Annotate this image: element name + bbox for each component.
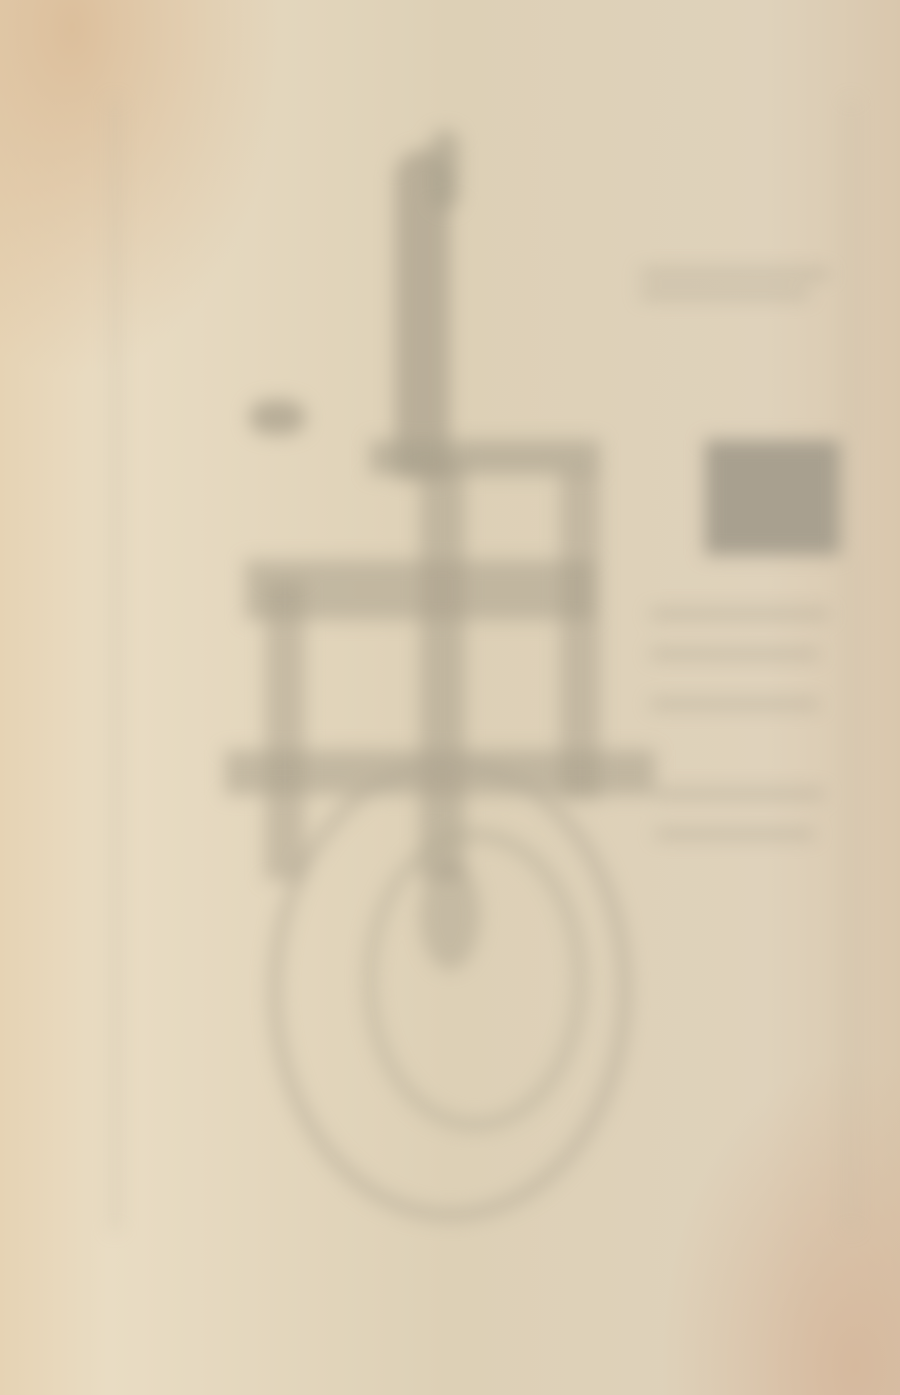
side-block — [705, 440, 840, 555]
caption-line — [655, 830, 815, 838]
caption-line — [640, 270, 830, 278]
caption-line — [650, 700, 820, 708]
marginal-mark — [250, 400, 305, 435]
caption-line — [640, 290, 810, 298]
figure-inner-drop — [420, 860, 480, 970]
blurred-plate-content — [0, 0, 900, 1395]
figure-inner-loop — [365, 830, 585, 1130]
figure-column-right — [560, 470, 600, 800]
figure-column-left — [265, 580, 305, 880]
caption-line — [655, 790, 825, 798]
book-page — [0, 0, 900, 1395]
caption-line — [650, 610, 830, 618]
figure-spire-tip — [430, 130, 460, 210]
caption-line — [650, 650, 820, 658]
